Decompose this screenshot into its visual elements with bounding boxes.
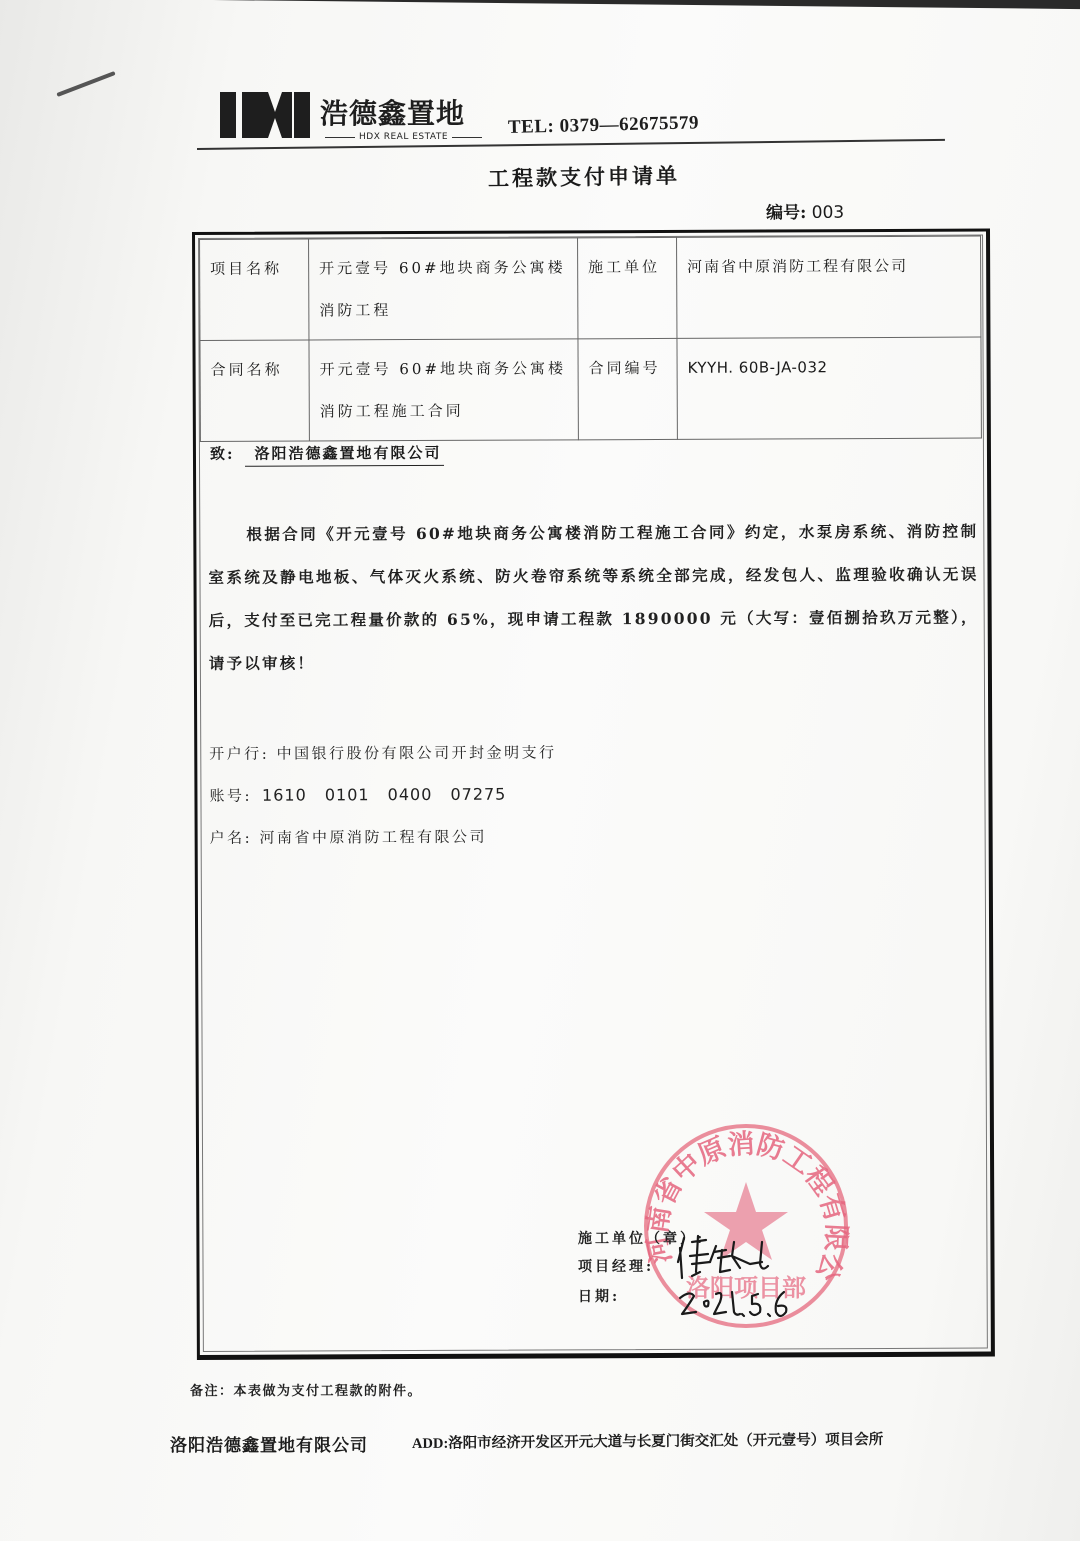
hdx-logo-icon bbox=[220, 92, 310, 138]
request-body: 根据合同《开元壹号 60#地块商务公寓楼消防工程施工合同》约定，水泵房系统、消防… bbox=[208, 510, 979, 685]
form-frame: 项目名称 开元壹号 60#地块商务公寓楼消防工程 施工单位 河南省中原消防工程有… bbox=[192, 229, 995, 1360]
account-holder: 户名: 河南省中原消防工程有限公司 bbox=[210, 826, 487, 848]
contract-name-value: 开元壹号 60#地块商务公寓楼消防工程施工合同 bbox=[309, 339, 578, 441]
pen-mark bbox=[56, 71, 115, 97]
telephone: TEL: 0379—62675579 bbox=[508, 112, 700, 139]
table-row: 项目名称 开元壹号 60#地块商务公寓楼消防工程 施工单位 河南省中原消防工程有… bbox=[200, 236, 981, 340]
date-label: 日期: bbox=[578, 1286, 620, 1306]
handwritten-signature-icon bbox=[670, 1232, 810, 1342]
document-page: 浩德鑫置地 HDX REAL ESTATE TEL: 0379—62675579… bbox=[0, 0, 1080, 1541]
contract-number-value: KYYH. 60B-JA-032 bbox=[677, 337, 981, 439]
footnote: 备注：本表做为支付工程款的附件。 bbox=[190, 1380, 422, 1399]
header-divider bbox=[197, 139, 945, 150]
account-number: 账号:1610 0101 0400 07275 bbox=[209, 784, 506, 806]
form-title: 工程款支付申请单 bbox=[488, 160, 680, 193]
project-name-label: 项目名称 bbox=[200, 239, 309, 340]
page-shadow-edge bbox=[95, 0, 1080, 9]
project-info-table: 项目名称 开元壹号 60#地块商务公寓楼消防工程 施工单位 河南省中原消防工程有… bbox=[199, 236, 982, 442]
addressee-line: 致:洛阳浩德鑫置地有限公司 bbox=[210, 442, 444, 467]
contractor-label: 施工单位 bbox=[578, 237, 677, 338]
footer-address: ADD:洛阳市经济开发区开元大道与长夏门街交汇处（开元壹号）项目会所 bbox=[412, 1428, 883, 1453]
footer-company: 洛阳浩德鑫置地有限公司 bbox=[170, 1431, 368, 1456]
contract-number-label: 合同编号 bbox=[578, 338, 677, 439]
project-manager-label: 项目经理: bbox=[578, 1256, 654, 1276]
contract-name-label: 合同名称 bbox=[200, 340, 309, 441]
brand-name: 浩德鑫置地 bbox=[320, 92, 465, 132]
serial-number: 编号: 003 bbox=[766, 198, 844, 224]
table-row: 合同名称 开元壹号 60#地块商务公寓楼消防工程施工合同 合同编号 KYYH. … bbox=[200, 337, 981, 441]
contractor-value: 河南省中原消防工程有限公司 bbox=[677, 236, 981, 338]
addressee: 洛阳浩德鑫置地有限公司 bbox=[244, 442, 443, 467]
brand-subtitle: HDX REAL ESTATE bbox=[325, 132, 482, 142]
bank-name: 开户行: 中国银行股份有限公司开封金明支行 bbox=[209, 741, 556, 764]
project-name-value: 开元壹号 60#地块商务公寓楼消防工程 bbox=[309, 238, 578, 340]
